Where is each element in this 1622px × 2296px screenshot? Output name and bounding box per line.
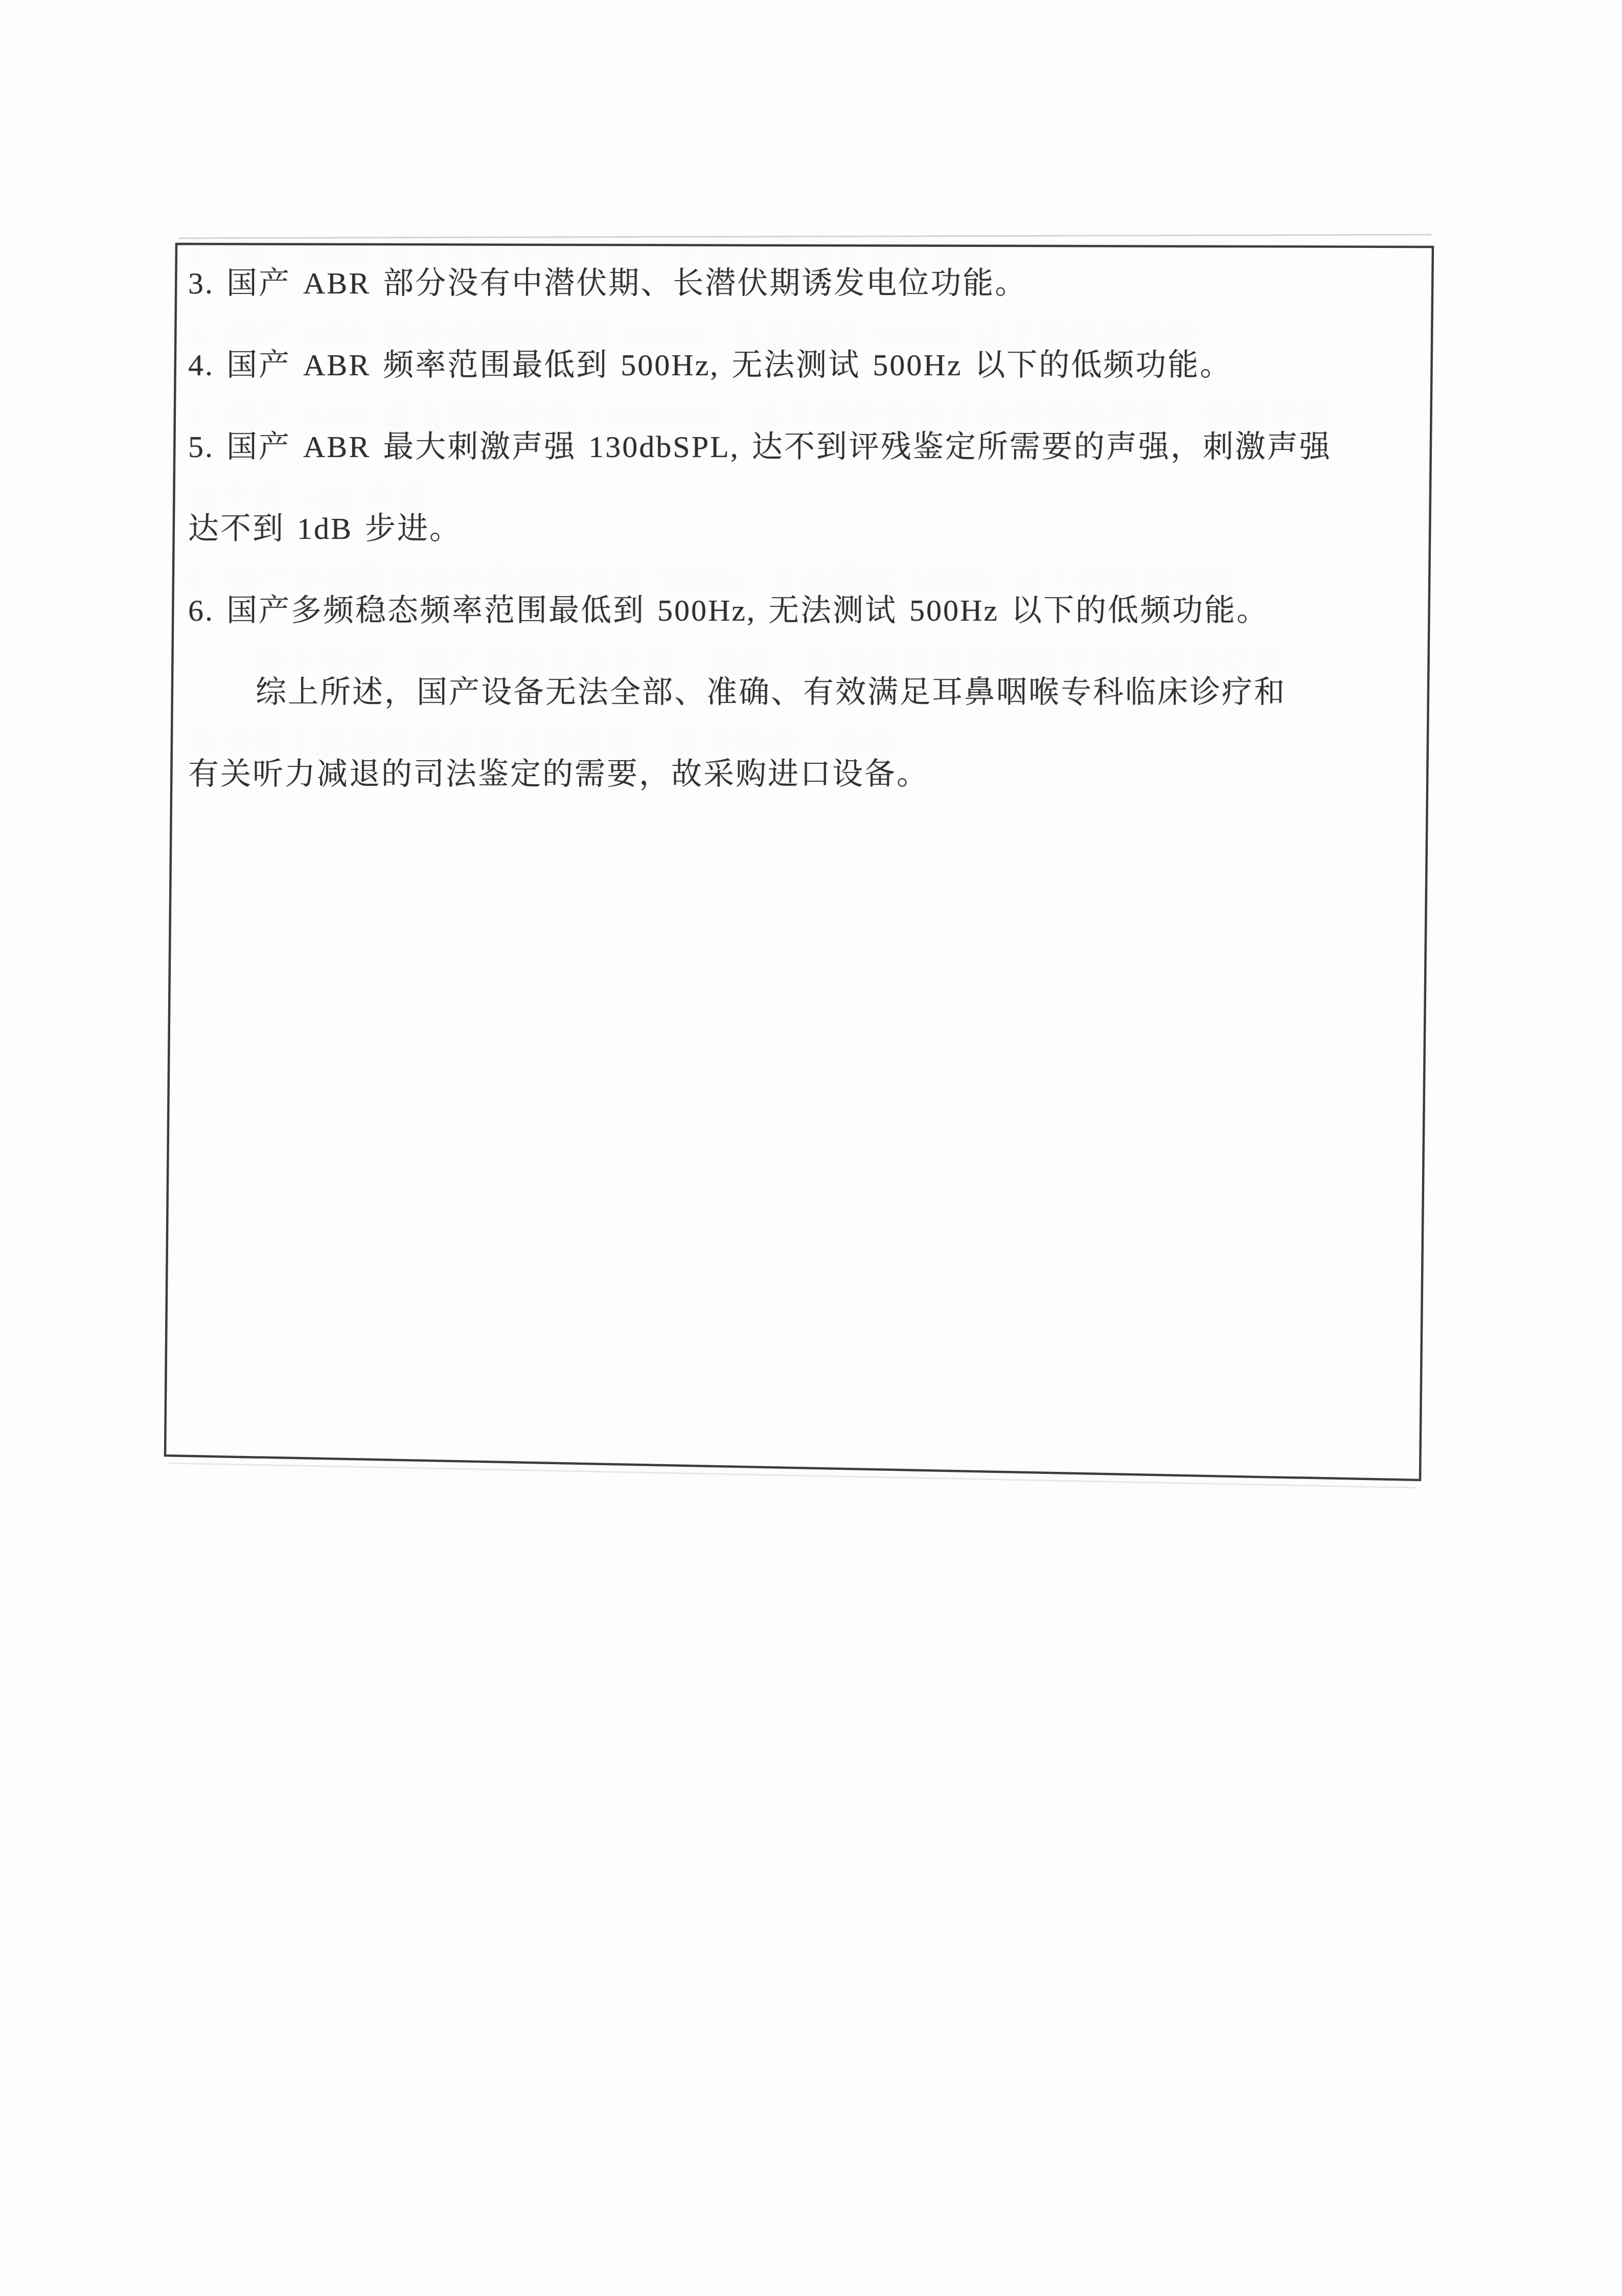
border-echo-bottom	[169, 1463, 1416, 1488]
list-item-5-line-1: 5. 国产 ABR 最大刺激声强 130dbSPL, 达不到评残鉴定所需要的声强…	[188, 406, 1425, 488]
list-item-6: 6. 国产多频稳态频率范围最低到 500Hz, 无法测试 500Hz 以下的低频…	[188, 570, 1425, 651]
summary-line-2: 有关听力减退的司法鉴定的需要，故采购进口设备。	[188, 733, 1425, 815]
document-text-block: 3. 国产 ABR 部分没有中潜伏期、长潜伏期诱发电位功能。 4. 国产 ABR…	[188, 242, 1425, 815]
summary-line-1: 综上所述，国产设备无法全部、准确、有效满足耳鼻咽喉专科临床诊疗和	[188, 651, 1425, 733]
list-item-4: 4. 国产 ABR 频率范围最低到 500Hz, 无法测试 500Hz 以下的低…	[188, 324, 1425, 406]
document-page: 3. 国产 ABR 部分没有中潜伏期、长潜伏期诱发电位功能。 4. 国产 ABR…	[0, 0, 1622, 2296]
list-item-3: 3. 国产 ABR 部分没有中潜伏期、长潜伏期诱发电位功能。	[188, 242, 1425, 324]
list-item-5-line-2: 达不到 1dB 步进。	[188, 488, 1425, 570]
border-echo-top	[179, 235, 1431, 238]
